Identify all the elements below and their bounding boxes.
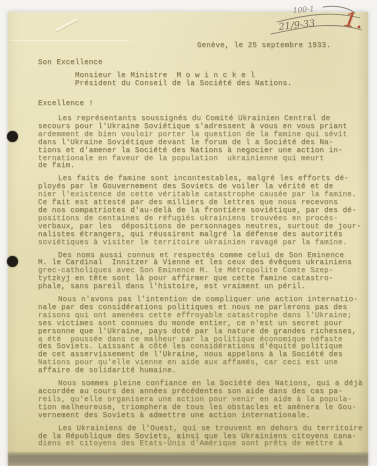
letter-paragraph: Nous sommes pleine confiance en la Socié… [38,381,356,421]
letter-line: Nous n'avons pas l'intention de compliqu… [38,297,356,305]
addressee-line-2: Monsieur le Ministre M o w i n c k e l [75,72,255,80]
letter-line: affaire de solidarité humaine. [38,368,356,376]
addressee-line-3: Président du Conseil de la Société des N… [75,80,292,88]
letter-paragraph: Les faits de famine sont incontestables,… [38,176,356,247]
letter-paragraph: Les Ukrainiens de l'Ouest, qui se trouve… [38,426,356,450]
paper-bottom-shadow [8,452,368,466]
letter-line: soviétiques à visiter le territoire ukra… [38,240,356,248]
letter-line: tion malheureuse, triomphera de tous les… [38,405,356,413]
addressee-line-1: Son Excellence [38,59,103,67]
letter-body: Les représentants soussignés du Comité U… [38,116,356,454]
paper-fold-line [10,40,130,41]
pencil-number-text: 100-1 [292,4,314,15]
paper-crease-mark [54,18,78,32]
letter-line: tytzkyj en tête sont là pour affirmer qu… [38,276,356,284]
letter-line: ternationale en faveur de la population … [38,156,356,164]
salutation: Excellence ! [38,100,93,108]
letter-line: dans l'Ukraine Soviétique devant le foru… [38,140,356,148]
dateline: Genève, le 25 septembre 1933. [197,42,331,50]
letter-line: Des noms aussi connus et respectés comme… [38,253,356,261]
letter-line: des Soviets. Laissant à côté les considé… [38,344,356,352]
letter-line: phale, sans pareil dans l'histoire, est … [38,284,356,292]
letter-line: Nous sommes pleine confiance en la Socié… [38,381,356,389]
letter-line: Les Ukrainiens de l'Ouest, qui se trouve… [38,426,356,434]
letter-line: Les faits de famine sont incontestables,… [38,176,356,184]
letter-line: Les représentants soussignés du Comité U… [38,116,356,124]
letter-line: diens et citoyens des Etats-Unis d'Améri… [38,441,356,449]
red-page-number: 1. [342,7,365,34]
letter-paragraph: Des noms aussi connus et respectés comme… [38,253,356,293]
scanned-letter-background: Genève, le 25 septembre 1933. Son Excell… [0,0,377,466]
letter-line: Ce fait est attesté par des milliers de … [38,200,356,208]
letter-paragraph: Nous n'avons pas l'intention de compliqu… [38,297,356,376]
punch-hole-bottom [7,256,18,267]
letter-paragraph: Les représentants soussignés du Comité U… [38,116,356,171]
punch-hole-top [7,131,18,142]
letter-line: vernement des Soviets à admettre une act… [38,413,356,421]
letter-line: verbaux, par les dépositions de personna… [38,224,356,232]
letter-line: de faim. [38,163,356,171]
letter-page: Genève, le 25 septembre 1933. Son Excell… [8,12,368,466]
letter-line: ses victimes sont connues du monde entie… [38,321,356,329]
